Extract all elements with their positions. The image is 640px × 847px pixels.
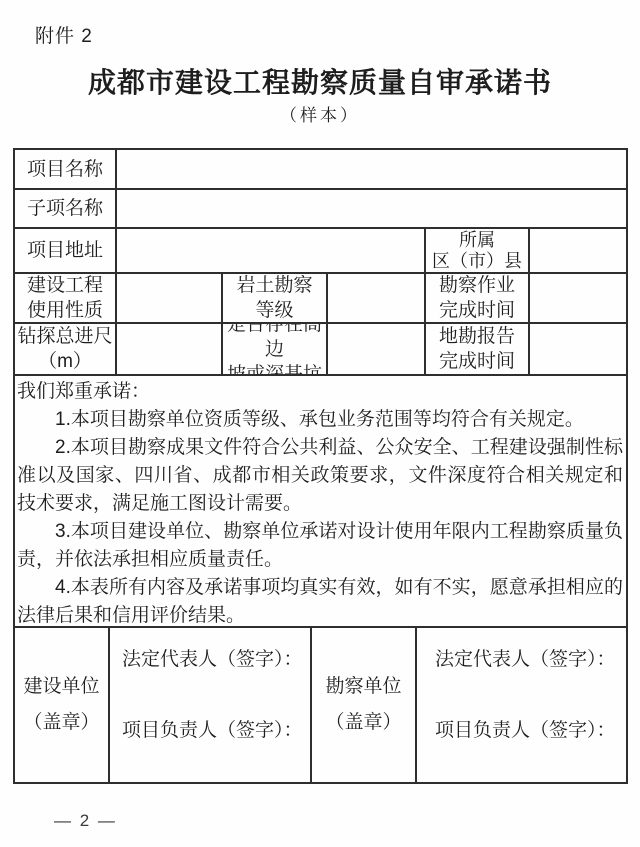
slope-pit-label: 是否存在高边 坡或深基坑 [223, 324, 328, 374]
builder-legal-rep-label: 法定代表人（签字）： [122, 648, 303, 672]
drilling-total-value [117, 324, 223, 374]
report-finish-value [530, 324, 626, 374]
geotech-grade-value [328, 274, 426, 322]
commitment-text: 我们郑重承诺： 1.本项目勘察单位资质等级、承包业务范围等均符合有关规定。 2.… [15, 376, 626, 626]
row-project-name: 项目名称 [15, 150, 626, 190]
slope-pit-value [328, 324, 426, 374]
form-table: 项目名称 子项名称 项目地址 所属 区（市）县 建设工程 使用性质 岩土勘察 等… [13, 148, 628, 784]
row-usage: 建设工程 使用性质 岩土勘察 等级 勘察作业 完成时间 [15, 274, 626, 324]
commitment-item-3: 3.本项目建设单位、勘察单位承诺对设计使用年限内工程勘察质量负责，并依法承担相应… [17, 518, 623, 574]
builder-project-manager-label: 项目负责人（签字）： [122, 719, 303, 743]
surveyor-unit-label: 勘察单位 （盖章） [312, 628, 417, 782]
row-sub-item: 子项名称 [15, 190, 626, 229]
usage-value [117, 274, 223, 322]
surveyor-legal-rep-label: 法定代表人（签字）： [435, 648, 616, 672]
commitment-intro: 我们郑重承诺： [17, 378, 623, 406]
commitment-item-4: 4.本表所有内容及承诺事项均真实有效，如有不实，愿意承担相应的法律后果和信用评价… [17, 574, 623, 626]
drilling-total-label: 钻探总进尺 （m） [15, 324, 117, 374]
district-label: 所属 区（市）县 [426, 229, 530, 272]
page-subtitle: （样本） [0, 101, 640, 126]
district-value [530, 229, 626, 272]
builder-unit-label: 建设单位 （盖章） [15, 628, 110, 782]
row-signatures: 建设单位 （盖章） 法定代表人（签字）： 项目负责人（签字）： 勘察单位 （盖章… [15, 628, 626, 782]
row-address: 项目地址 所属 区（市）县 [15, 229, 626, 274]
address-value [117, 229, 426, 272]
survey-finish-label: 勘察作业 完成时间 [426, 274, 530, 322]
commitment-item-1: 1.本项目勘察单位资质等级、承包业务范围等均符合有关规定。 [17, 406, 623, 434]
project-name-label: 项目名称 [15, 150, 117, 188]
address-label: 项目地址 [15, 229, 117, 272]
commitment-item-2: 2.本项目勘察成果文件符合公共利益、公众安全、工程建设强制性标准以及国家、四川省… [17, 434, 623, 518]
report-finish-label: 地勘报告 完成时间 [426, 324, 530, 374]
sub-item-label: 子项名称 [15, 190, 117, 227]
attachment-label: 附件 2 [35, 21, 93, 48]
geotech-grade-label: 岩土勘察 等级 [223, 274, 328, 322]
surveyor-signature-cell: 法定代表人（签字）： 项目负责人（签字）： [417, 628, 626, 782]
usage-label: 建设工程 使用性质 [15, 274, 117, 322]
project-name-value [117, 150, 626, 188]
builder-signature-cell: 法定代表人（签字）： 项目负责人（签字）： [110, 628, 312, 782]
document-page: 附件 2 成都市建设工程勘察质量自审承诺书 （样本） 项目名称 子项名称 项目地… [0, 0, 640, 847]
row-commitment: 我们郑重承诺： 1.本项目勘察单位资质等级、承包业务范围等均符合有关规定。 2.… [15, 376, 626, 628]
surveyor-project-manager-label: 项目负责人（签字）： [435, 719, 616, 743]
sub-item-value [117, 190, 626, 227]
survey-finish-value [530, 274, 626, 322]
row-drilling: 钻探总进尺 （m） 是否存在高边 坡或深基坑 地勘报告 完成时间 [15, 324, 626, 376]
page-number: — 2 — [54, 811, 117, 831]
page-title: 成都市建设工程勘察质量自审承诺书 [0, 61, 640, 101]
